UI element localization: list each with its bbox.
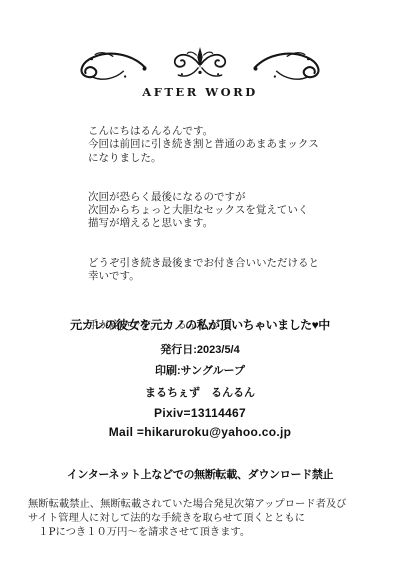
flourish-right-icon bbox=[252, 49, 340, 83]
page-title: AFTER WORD bbox=[0, 85, 400, 99]
paragraph-next-volume: 次回が恐らく最後になるのですが 次回からちょっと大胆なセックスを覚えていく 描写… bbox=[88, 191, 360, 231]
flourish-left-icon bbox=[60, 49, 148, 83]
ornament-row bbox=[60, 46, 340, 86]
issue-date: 発行日:2023/5/4 bbox=[0, 341, 400, 357]
paragraph-closing: どうぞ引き続き最後までお付き合いいただけると 幸いです。 bbox=[88, 257, 360, 283]
paragraph-greeting: こんにちはるんるんです。 今回は前回に引き続き割と普通のあまあまックス になりま… bbox=[88, 125, 360, 165]
mail-address: Mail =hikaruroku@yahoo.co.jp bbox=[0, 425, 400, 439]
circle-name: まるちぇず るんるん bbox=[0, 384, 400, 400]
pixiv-id: Pixiv=13114467 bbox=[0, 406, 400, 420]
afterword-page: AFTER WORD こんにちはるんるんです。 今回は前回に引き続き割と普通のあ… bbox=[0, 0, 400, 565]
printer: 印刷:サングループ bbox=[0, 362, 400, 378]
flourish-center-icon bbox=[171, 46, 229, 86]
legal-warning: 無断転載禁止、無断転載されていた場合発見次第アップロード者及び サイト管理人に対… bbox=[28, 497, 388, 539]
book-title: 元カレの彼女を元カノの私が頂いちゃいました♥中 bbox=[0, 316, 400, 333]
no-repost-warning: インターネット上などでの無断転載、ダウンロード禁止 bbox=[0, 466, 400, 482]
